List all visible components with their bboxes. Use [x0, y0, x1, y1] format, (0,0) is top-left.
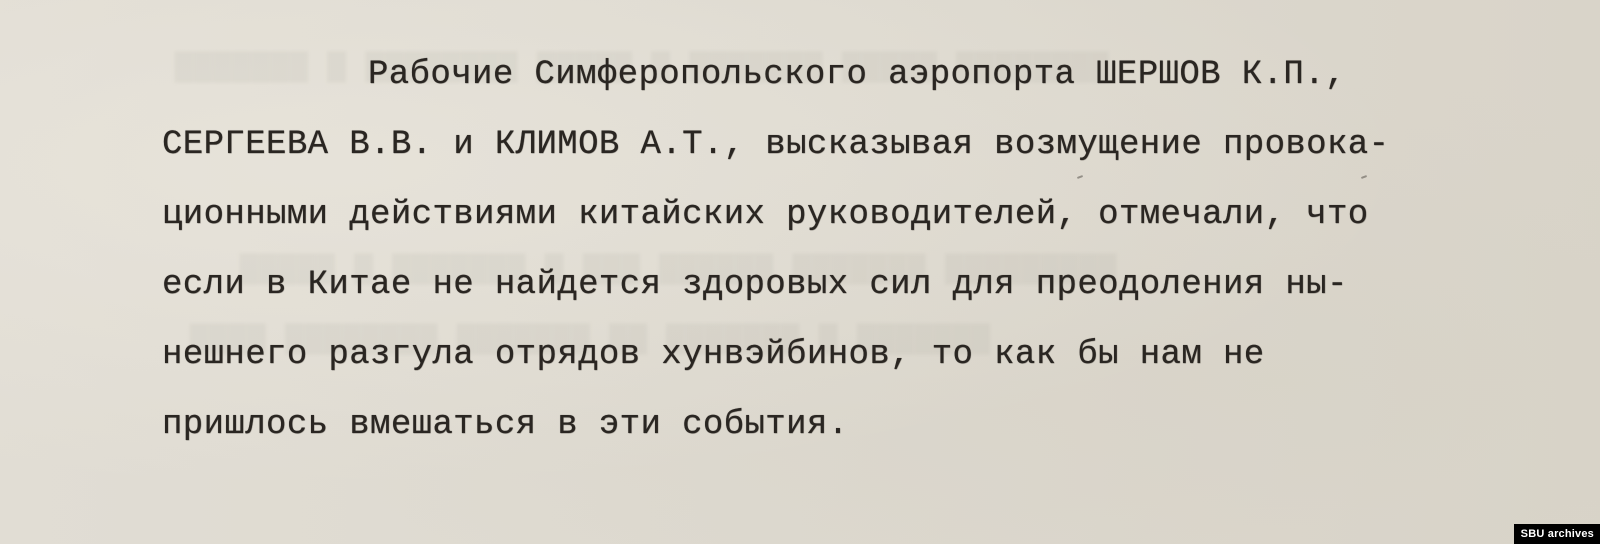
paragraph-line: Рабочие Симферопольского аэропорта ШЕРШО…: [162, 40, 1502, 110]
paragraph-line: СЕРГЕЕВА В.В. и КЛИМОВ А.Т., высказывая …: [162, 110, 1502, 180]
paragraph-line: ционными действиями китайских руководите…: [162, 180, 1502, 250]
paragraph-line: если в Китае не найдется здоровых сил дл…: [162, 250, 1502, 320]
paragraph-line: пришлось вмешаться в эти события.: [162, 390, 1502, 460]
document-paragraph: Рабочие Симферопольского аэропорта ШЕРШО…: [162, 40, 1502, 460]
archive-watermark-badge: SBU archives: [1514, 524, 1600, 544]
paragraph-line: нешнего разгула отрядов хунвэйбинов, то …: [162, 320, 1502, 390]
document-scan: ▇▇▇▇▇▇▇ ▇ ▇▇▇▇▇▇▇▇ ▇▇▇▇▇ ▇ ▇▇▇▇▇▇▇ ▇▇▇▇▇…: [0, 0, 1600, 544]
